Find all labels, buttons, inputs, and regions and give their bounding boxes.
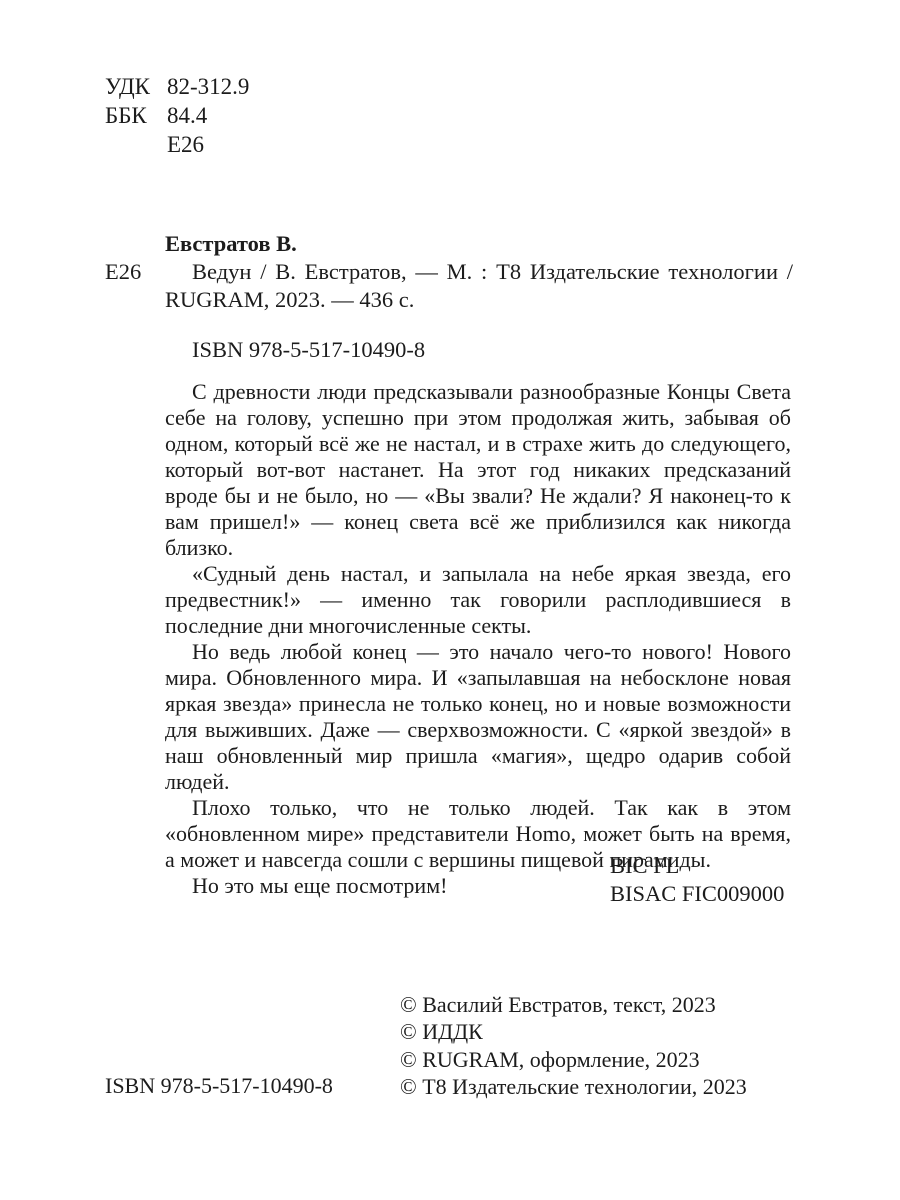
copyright-line: © Т8 Издательские технологии, 2023 <box>400 1073 747 1100</box>
biblio-entry-text: Ведун / В. Евстратов, — М. : Т8 Издатель… <box>165 258 793 314</box>
udc-row: УДК 82-312.9 <box>105 72 249 101</box>
biblio-entry-code: Е26 <box>105 258 141 286</box>
bic-code: BIC FL <box>610 852 784 880</box>
copyright-block: © Василий Евстратов, текст, 2023 © ИДДК … <box>400 991 747 1100</box>
udc-label: УДК <box>105 72 167 101</box>
annotation-paragraph: С древности люди предсказывали разнообра… <box>165 379 791 561</box>
annotation-paragraph: «Судный день настал, и запылала на небе … <box>165 561 791 639</box>
trade-codes-block: BIC FL BISAC FIC009000 <box>610 852 784 908</box>
isbn-bottom: ISBN 978-5-517-10490-8 <box>105 1073 333 1099</box>
isbn-top: ISBN 978-5-517-10490-8 <box>192 337 425 363</box>
copyright-line: © ИДДК <box>400 1018 747 1045</box>
bibliographic-entry: Евстратов В. Е26 Ведун / В. Евстратов, —… <box>105 230 795 314</box>
author-sign-spacer <box>105 130 167 159</box>
bbk-row: ББК 84.4 <box>105 101 249 130</box>
bbk-value: 84.4 <box>167 101 207 130</box>
bbk-label: ББК <box>105 101 167 130</box>
biblio-author-heading: Евстратов В. <box>165 230 795 258</box>
udc-value: 82-312.9 <box>167 72 249 101</box>
copyright-line: © RUGRAM, оформление, 2023 <box>400 1046 747 1073</box>
classification-block: УДК 82-312.9 ББК 84.4 Е26 <box>105 72 249 159</box>
biblio-entry-wrap: Е26 Ведун / В. Евстратов, — М. : Т8 Изда… <box>105 258 795 314</box>
annotation-paragraph: Но ведь любой конец — это начало чего-то… <box>165 639 791 795</box>
author-sign: Е26 <box>167 130 204 159</box>
copyright-line: © Василий Евстратов, текст, 2023 <box>400 991 747 1018</box>
bisac-code: BISAC FIC009000 <box>610 880 784 908</box>
author-sign-row: Е26 <box>105 130 249 159</box>
annotation-block: С древности люди предсказывали разнообра… <box>165 379 791 899</box>
